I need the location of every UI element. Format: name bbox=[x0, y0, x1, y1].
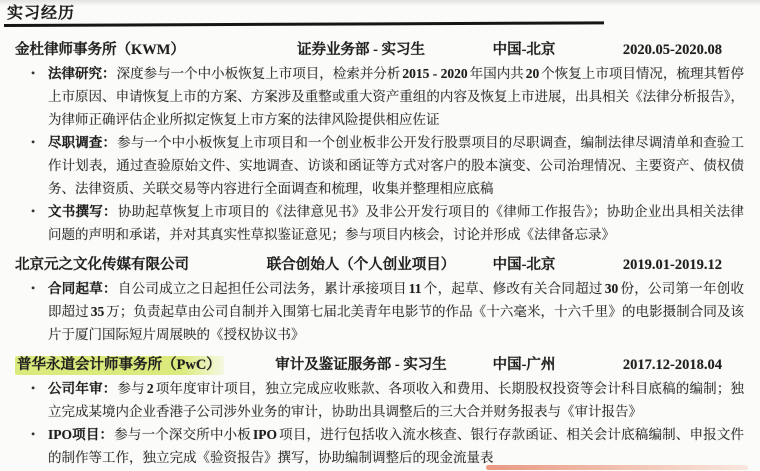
experience-header: 普华永道会计师事务所（PwC） 审计及鉴证服务部 - 实习生 中国-广州 201… bbox=[4, 355, 752, 375]
experience-header: 金杜律师事务所（KWM） 证券业务部 - 实习生 中国-北京 2020.05-2… bbox=[4, 40, 752, 60]
bullet-item: 公司年审：参与2项年度审计项目，独立完成应收账款、各项收入和费用、长期股权投资等… bbox=[48, 377, 744, 423]
location: 中国-北京 bbox=[469, 255, 579, 275]
position-title: 联合创始人（个人创业项目） bbox=[253, 255, 469, 275]
section-title: 实习经历 bbox=[4, 2, 752, 23]
red-underline-mark bbox=[486, 465, 748, 470]
bullet-item: 法律研究：深度参与一个中小板恢复上市项目，检索并分析2015 - 2020年国内… bbox=[48, 62, 744, 131]
resume-document: 实习经历 金杜律师事务所（KWM） 证券业务部 - 实习生 中国-北京 2020… bbox=[0, 0, 760, 471]
bullet-item: IPO项目：参与一个深交所中小板IPO项目，进行包括收入流水核查、银行存款函证、… bbox=[48, 423, 744, 469]
date-range: 2017.12-2018.04 bbox=[579, 355, 752, 375]
company-name: 金杜律师事务所（KWM） bbox=[4, 40, 253, 60]
location: 中国-广州 bbox=[469, 355, 579, 375]
experience-entry: 金杜律师事务所（KWM） 证券业务部 - 实习生 中国-北京 2020.05-2… bbox=[4, 40, 752, 246]
position-title: 审计及鉴证服务部 - 实习生 bbox=[253, 355, 469, 375]
experience-section: 金杜律师事务所（KWM） 证券业务部 - 实习生 中国-北京 2020.05-2… bbox=[4, 40, 752, 469]
bullet-list: 公司年审：参与2项年度审计项目，独立完成应收账款、各项收入和费用、长期股权投资等… bbox=[4, 377, 752, 469]
company-name: 北京元之文化传媒有限公司 bbox=[4, 255, 253, 275]
bullet-list: 法律研究：深度参与一个中小板恢复上市项目，检索并分析2015 - 2020年国内… bbox=[4, 62, 752, 246]
bullet-item: 尽职调查：参与一个中小板恢复上市项目和一个创业板非公开发行股票项目的尽职调查，编… bbox=[48, 131, 744, 200]
bullet-list: 合同起草：自公司成立之日起担任公司法务，累计承接项目11个，起草、修改有关合同超… bbox=[4, 277, 752, 346]
experience-header: 北京元之文化传媒有限公司 联合创始人（个人创业项目） 中国-北京 2019.01… bbox=[4, 255, 752, 275]
date-range: 2019.01-2019.12 bbox=[579, 255, 752, 275]
position-title: 证券业务部 - 实习生 bbox=[253, 40, 469, 60]
experience-entry: 普华永道会计师事务所（PwC） 审计及鉴证服务部 - 实习生 中国-广州 201… bbox=[4, 355, 752, 469]
company-name: 普华永道会计师事务所（PwC） bbox=[4, 355, 253, 375]
experience-entry: 北京元之文化传媒有限公司 联合创始人（个人创业项目） 中国-北京 2019.01… bbox=[4, 255, 752, 346]
bullet-item: 文书撰写：协助起草恢复上市项目的《法律意见书》及非公开发行项目的《律师工作报告》… bbox=[48, 200, 744, 246]
bullet-item: 合同起草：自公司成立之日起担任公司法务，累计承接项目11个，起草、修改有关合同超… bbox=[48, 277, 744, 346]
date-range: 2020.05-2020.08 bbox=[579, 40, 752, 60]
location: 中国-北京 bbox=[469, 40, 579, 60]
